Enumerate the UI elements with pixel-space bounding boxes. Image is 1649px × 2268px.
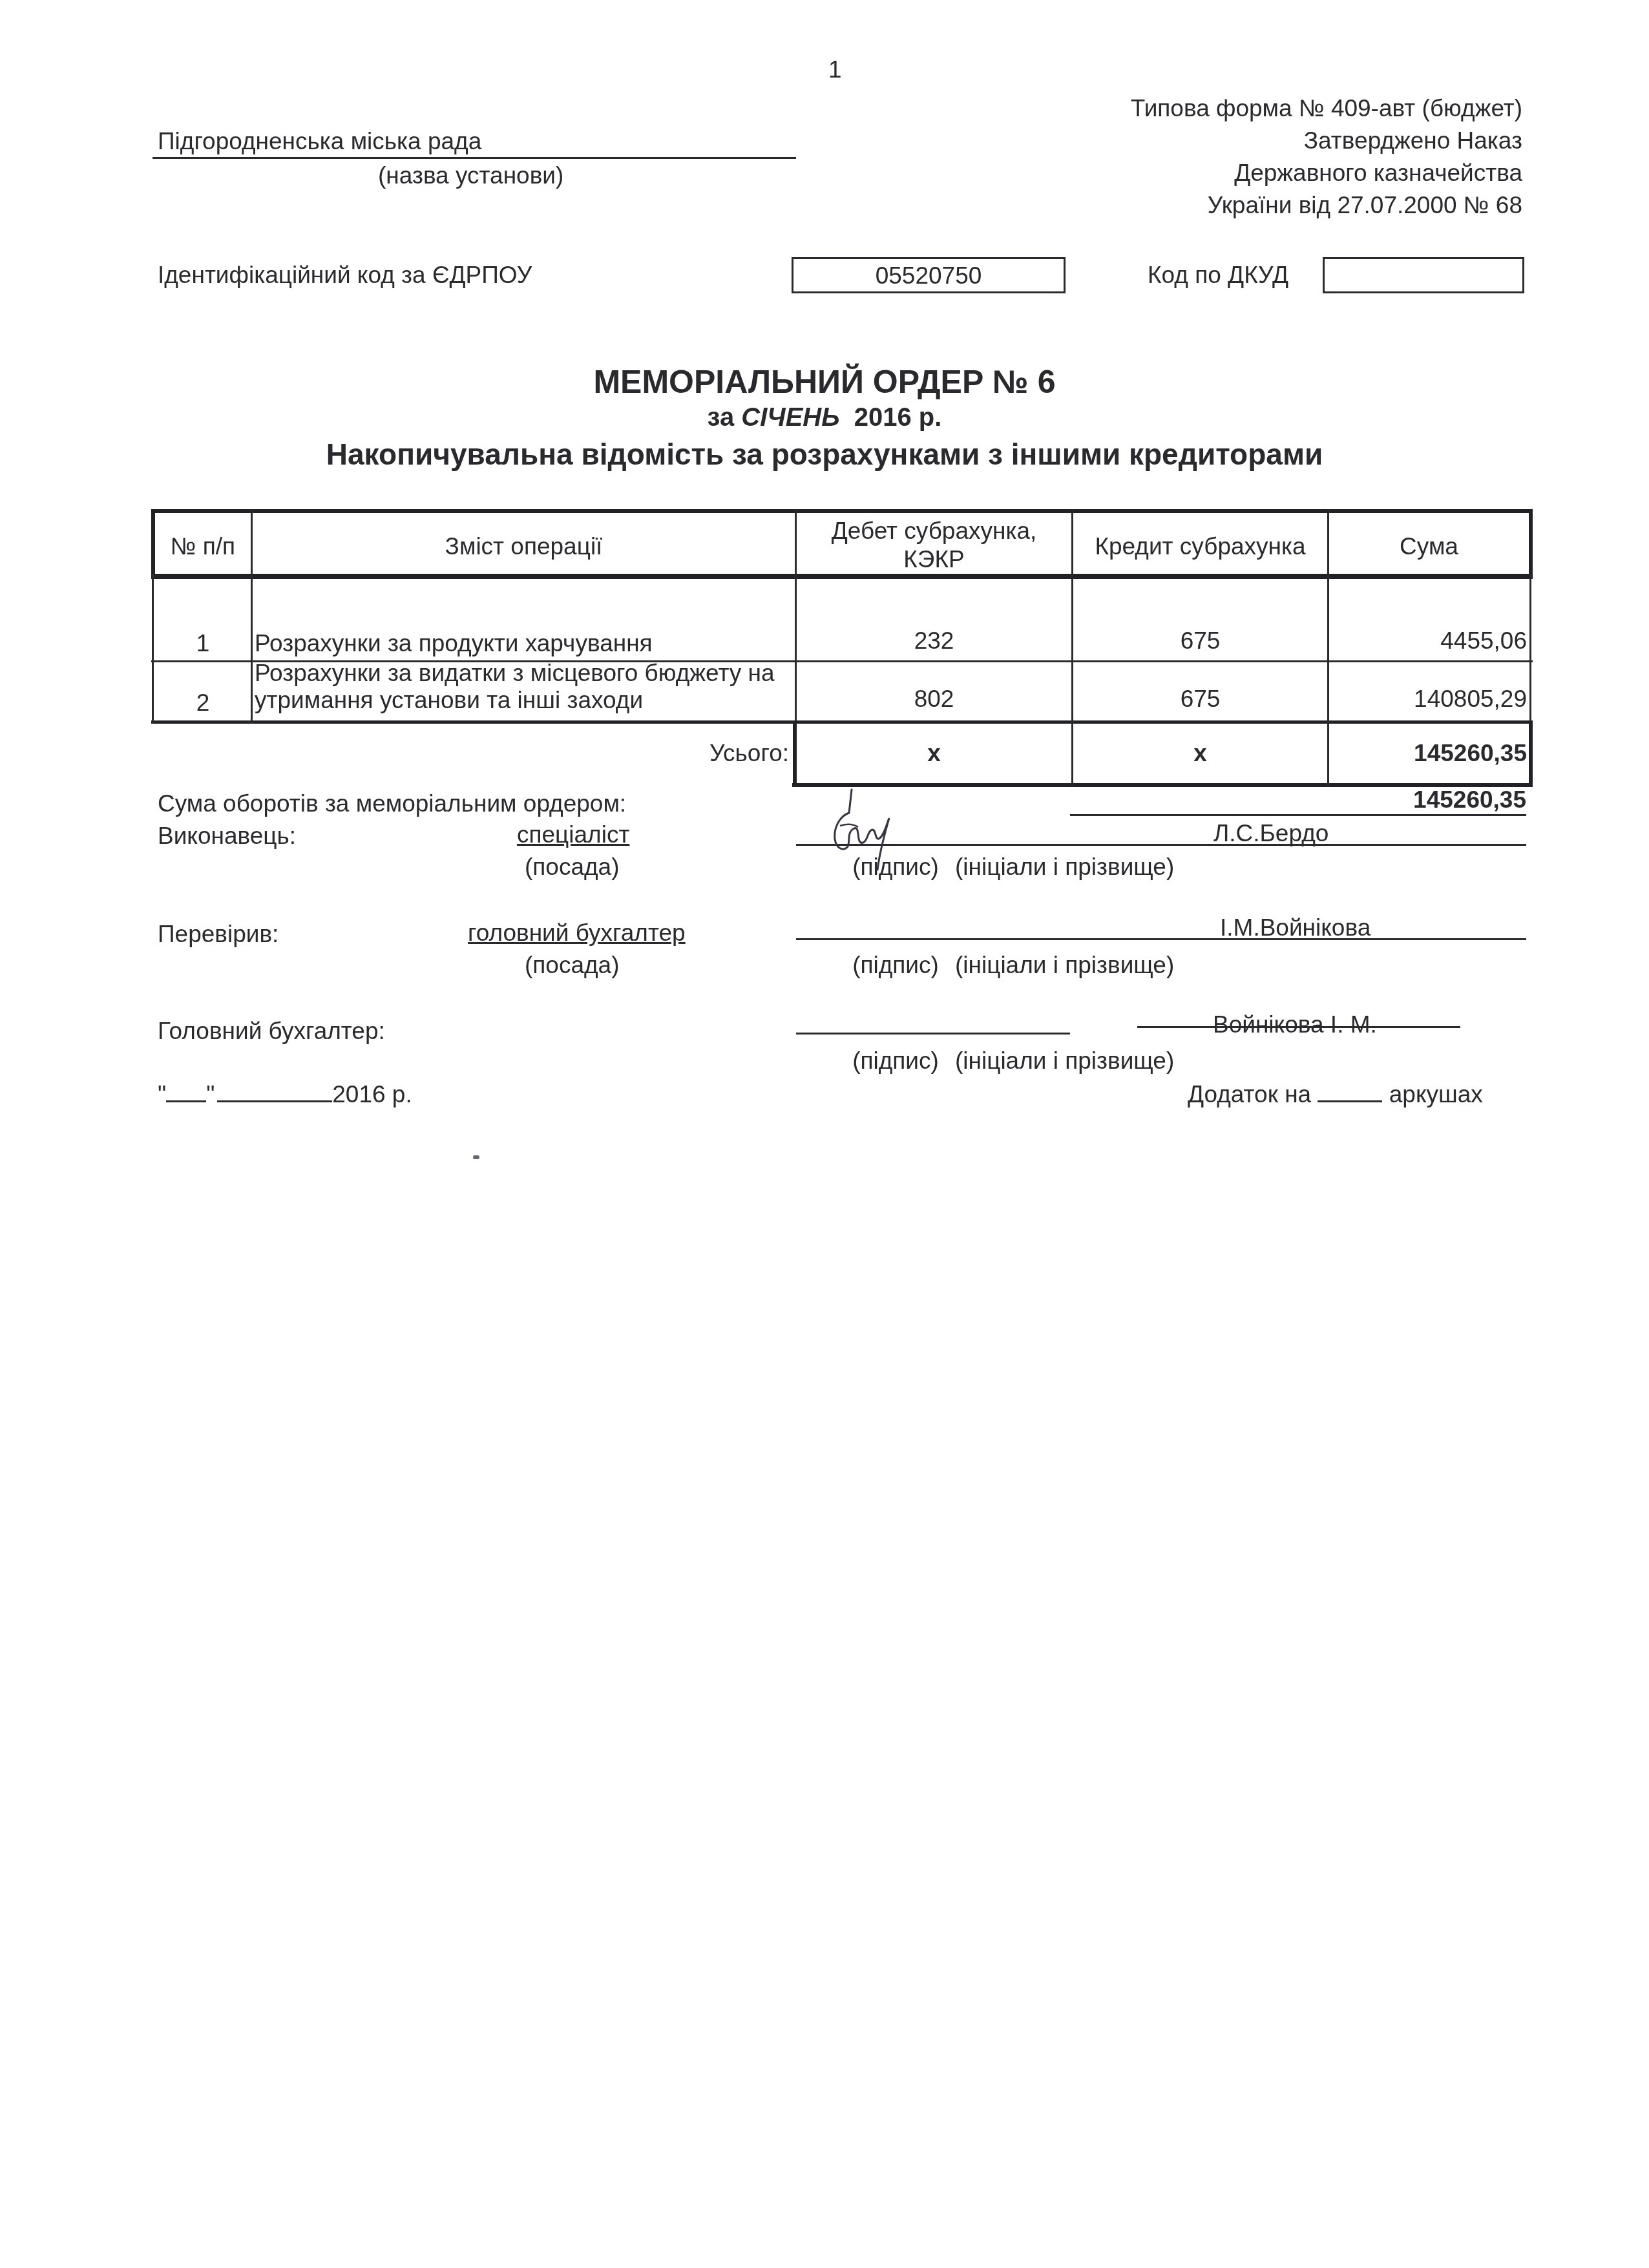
header-debit-line2: КЭКР — [797, 545, 1071, 574]
date-quote-close: " — [206, 1081, 215, 1108]
dkud-field[interactable] — [1323, 257, 1524, 293]
date-line[interactable]: ""2016 р. — [158, 1080, 412, 1109]
turnover-label: Сума оборотів за меморіальним ордером: — [158, 790, 626, 818]
chief-accountant-name: Войнікова І. М. — [1213, 1011, 1377, 1039]
institution-caption: (назва установи) — [378, 162, 563, 190]
executor-name: Л.С.Бердо — [1213, 819, 1329, 848]
turnover-value: 145260,35 — [1413, 786, 1526, 814]
operations-table: № п/п Зміст операції Дебет субрахунка, К… — [151, 509, 1533, 787]
executor-position-caption: (посада) — [525, 853, 620, 881]
checked-sign-line — [796, 938, 1526, 940]
row-num: 1 — [155, 629, 251, 658]
checked-position: головний бухгалтер — [468, 919, 686, 947]
checked-signature-caption: (підпис) — [824, 951, 967, 980]
document-period: за СІЧЕНЬ 2016 р. — [0, 402, 1649, 433]
rows-bottom-border — [151, 720, 1533, 724]
row-num: 2 — [155, 689, 251, 717]
header-credit: Кредит субрахунка — [1073, 532, 1327, 561]
document-subtitle: Накопичувальна відомість за розрахунками… — [0, 437, 1649, 472]
executor-label: Виконавець: — [158, 822, 296, 850]
table-top-border — [151, 509, 1533, 513]
chief-signature-caption: (підпис) — [824, 1047, 967, 1075]
table-right-border — [1529, 574, 1531, 724]
chief-accountant-label: Головний бухгалтер: — [158, 1017, 385, 1045]
checked-label: Перевірив: — [158, 920, 278, 949]
institution-underline — [152, 157, 796, 159]
row-content-line1: Розрахунки за видатки з місцевого бюджет… — [255, 659, 795, 688]
chief-name-caption: (ініціали і прізвище) — [955, 1047, 1174, 1075]
period-year: 2016 р. — [854, 403, 942, 432]
header-bottom-border — [151, 574, 1533, 579]
institution-name: Підгородненська міська рада — [158, 127, 481, 156]
row-credit: 675 — [1073, 685, 1327, 713]
total-label: Усього: — [604, 739, 789, 768]
edrpou-label: Ідентифікаційний код за ЄДРПОУ — [158, 261, 532, 289]
checked-name-caption: (ініціали і прізвище) — [955, 951, 1174, 980]
edrpou-field[interactable]: 05520750 — [792, 257, 1066, 293]
header-debit-line1: Дебет субрахунка, — [797, 517, 1071, 545]
table-right-border-header — [1529, 509, 1533, 578]
row-credit: 675 — [1073, 627, 1327, 655]
header-sum: Сума — [1329, 532, 1529, 561]
form-approved: Затверджено Наказ — [1304, 127, 1522, 155]
row-debit: 802 — [797, 685, 1071, 713]
row-debit: 232 — [797, 627, 1071, 655]
total-right-border — [1529, 720, 1533, 787]
form-order-date: України від 27.07.2000 № 68 — [1208, 191, 1522, 220]
table-left-border — [152, 574, 154, 724]
total-sum: 145260,35 — [1329, 739, 1527, 768]
page-number: 1 — [828, 56, 842, 84]
dkud-label: Код по ДКУД — [1148, 261, 1288, 289]
total-debit: x — [797, 739, 1071, 768]
period-month: СІЧЕНЬ — [741, 403, 839, 432]
header-debit: Дебет субрахунка, КЭКР — [797, 517, 1071, 574]
attachment-line: Додаток на аркушах — [1188, 1080, 1483, 1109]
period-prefix: за — [708, 403, 735, 432]
checked-name: І.М.Войнікова — [1220, 914, 1371, 942]
attachment-prefix: Додаток на — [1188, 1081, 1311, 1108]
attachment-count-blank[interactable] — [1318, 1081, 1382, 1102]
total-credit: x — [1073, 739, 1327, 768]
row-content: Розрахунки за продукти харчування — [255, 629, 795, 658]
date-year: 2016 р. — [332, 1081, 412, 1108]
turnover-underline — [1070, 814, 1526, 816]
date-day-blank[interactable] — [166, 1081, 206, 1102]
date-month-blank[interactable] — [217, 1081, 332, 1102]
edrpou-value: 05520750 — [793, 262, 1064, 290]
header-content: Зміст операції — [253, 532, 795, 561]
row-sum: 4455,06 — [1329, 627, 1527, 655]
checked-position-caption: (посада) — [525, 951, 620, 980]
form-type: Типова форма № 409-авт (бюджет) — [1131, 94, 1522, 123]
chief-sign-line — [796, 1033, 1070, 1034]
attachment-suffix: аркушах — [1389, 1081, 1483, 1108]
date-quote-open: " — [158, 1081, 166, 1108]
header-num: № п/п — [155, 532, 251, 561]
signature-scribble-icon — [815, 787, 906, 877]
executor-position: спеціаліст — [517, 821, 629, 849]
scan-speck — [473, 1155, 479, 1159]
document-title: МЕМОРІАЛЬНИЙ ОРДЕР № 6 — [0, 363, 1649, 401]
form-authority: Державного казначейства — [1234, 159, 1522, 187]
row-content-line2: утримання установи та інші заходи — [255, 686, 795, 715]
row-sum: 140805,29 — [1329, 685, 1527, 713]
executor-name-caption: (ініціали і прізвище) — [955, 853, 1174, 881]
